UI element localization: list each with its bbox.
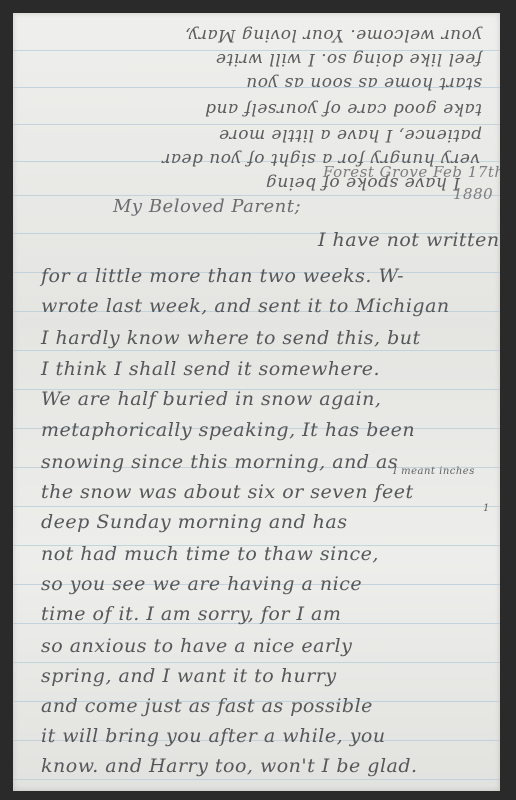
body-line: for a little more than two weeks. W- bbox=[41, 265, 404, 287]
body-line: it will bring you after a while, you bbox=[41, 725, 386, 747]
body-line: I hardly know where to send this, but bbox=[41, 327, 421, 349]
body-line: and come just as fast as possible bbox=[41, 695, 373, 717]
body-line: We are half buried in snow again, bbox=[41, 388, 381, 410]
place-date: Forest Grove Feb 17th bbox=[323, 163, 500, 181]
body-line: spring, and I want it to hurry bbox=[41, 665, 337, 687]
body-line: the snow was about six or seven feet bbox=[41, 481, 414, 503]
body-line: snowing since this morning, and as bbox=[41, 451, 398, 473]
body-line: so anxious to have a nice early bbox=[41, 635, 352, 657]
body-line: not had much time to thaw since, bbox=[41, 543, 379, 565]
postscript-line: feel like doing so. I will write bbox=[215, 49, 482, 69]
rule-line bbox=[13, 662, 500, 663]
salutation: My Beloved Parent; bbox=[113, 196, 301, 217]
rule-line bbox=[13, 350, 500, 351]
letter-page: I have spoke of being very hungry for a … bbox=[13, 13, 500, 791]
postscript-line: start home as soon as you bbox=[246, 73, 482, 93]
body-line: know. and Harry too, won't I be glad. bbox=[41, 755, 418, 777]
year: 1880 bbox=[453, 185, 493, 203]
rule-line bbox=[13, 506, 500, 507]
postscript-line: patience, I have a little more bbox=[219, 125, 482, 145]
body-line: I have not written bbox=[318, 229, 500, 251]
rule-line bbox=[13, 779, 500, 780]
correction-annotation: I meant inches bbox=[393, 466, 475, 477]
body-line: deep Sunday morning and has bbox=[41, 511, 347, 533]
body-line: time of it. I am sorry, for I am bbox=[41, 603, 341, 625]
insertion-mark: 1 bbox=[483, 503, 490, 514]
postscript-line: take good care of yourself and bbox=[205, 99, 482, 119]
body-line: I think I shall send it somewhere. bbox=[41, 358, 380, 380]
body-line: wrote last week, and sent it to Michigan bbox=[41, 295, 450, 317]
body-line: metaphorically speaking, It has been bbox=[41, 419, 415, 441]
postscript-line: your welcome. Your loving Mary, bbox=[185, 25, 482, 45]
body-line: so you see we are having a nice bbox=[41, 573, 362, 595]
